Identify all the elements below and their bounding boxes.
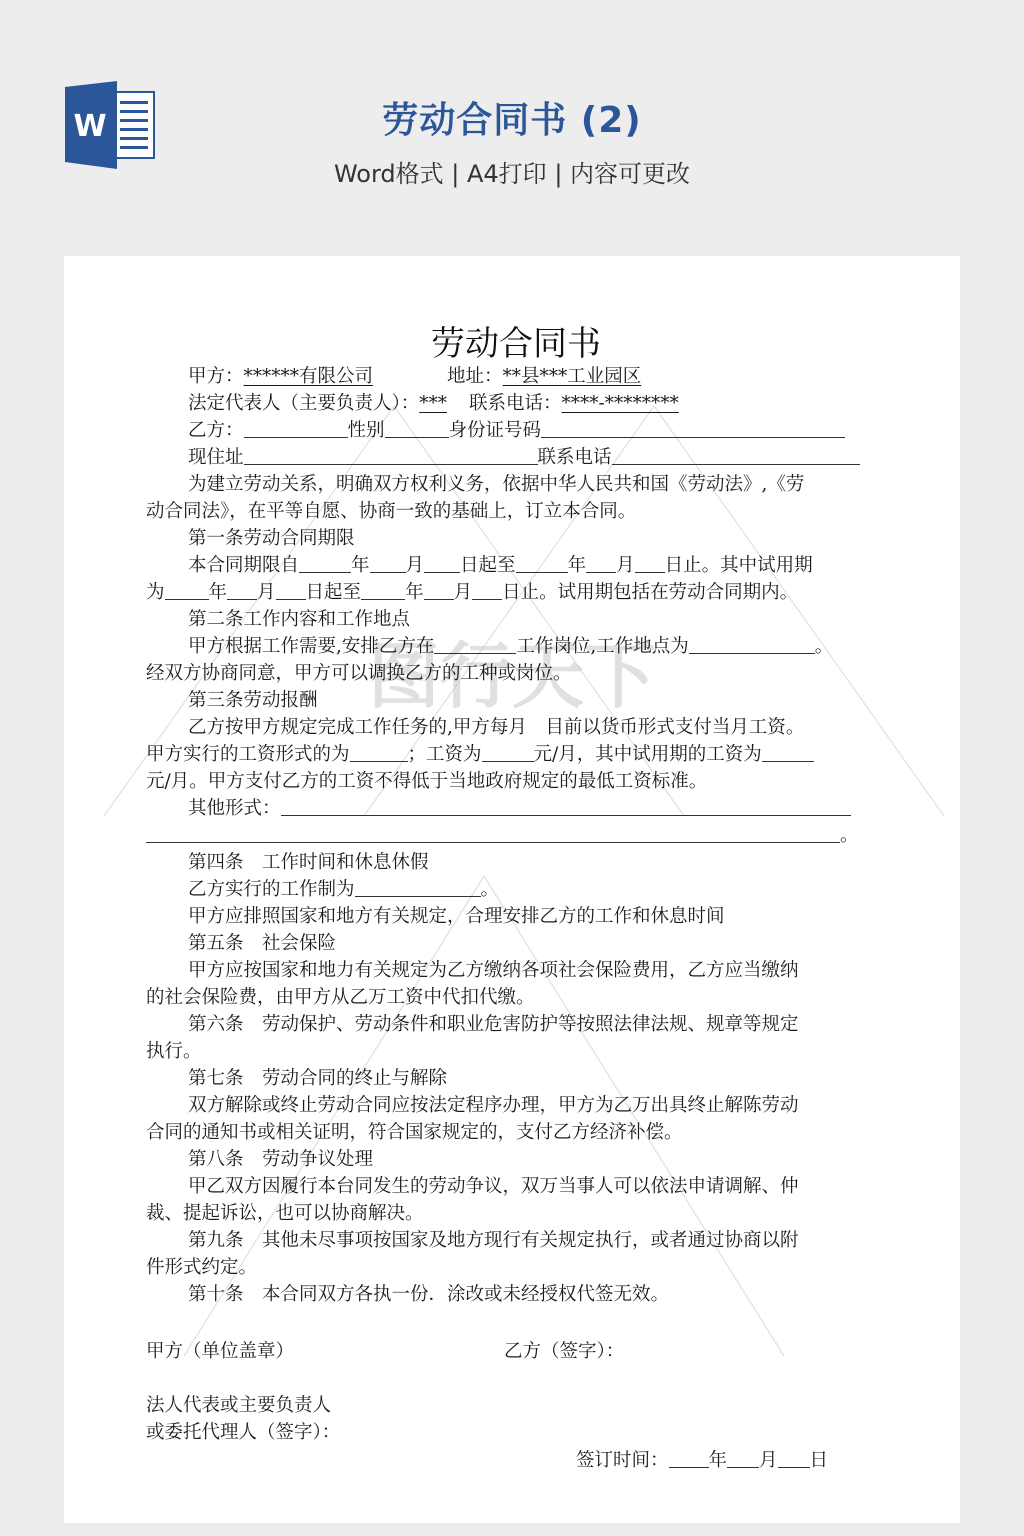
article-3-line: 元/月。甲方支付乙方的工资不得低于当地政府规定的最低工资标准。: [146, 768, 707, 795]
article-7-line: 合同的通知书或相关证明，符合国家规定的，支付乙方经济补偿。: [146, 1119, 683, 1146]
article-4-title: 第四条 工作时间和休息休假: [188, 849, 429, 876]
text: 。: [840, 825, 859, 846]
preamble-line: 为建立劳动关系，明确双方权利义务，依据中华人民共和国《劳动法》,《劳: [188, 471, 804, 498]
phone-value[interactable]: ****-********: [562, 393, 679, 414]
article-1-line: 本合同期限自年月日起至年月日止。其中试用期: [188, 552, 813, 579]
text: 。: [815, 636, 834, 657]
trial-end-month-field[interactable]: [424, 579, 454, 600]
text: 日止。试用期包括在劳动合同期内。: [502, 582, 798, 603]
gender-label: 性别: [348, 420, 385, 441]
position-field[interactable]: [434, 633, 516, 654]
trial-start-year-field[interactable]: [165, 579, 209, 600]
trial-wage-field[interactable]: [762, 741, 814, 762]
text: 为: [146, 582, 165, 603]
article-6-line: 执行。: [146, 1038, 202, 1065]
article-1-title: 第一条劳动合同期限: [188, 525, 355, 552]
sign-date-line: 签订时间：年月日: [576, 1447, 828, 1474]
document-title: 劳动合同书: [146, 316, 886, 365]
article-2-line: 甲方根据工作需要,安排乙方在工作岗位,工作地点为。: [188, 633, 833, 660]
text: 月: [454, 582, 473, 603]
text: 月: [616, 555, 635, 576]
article-8-line: 裁、提起诉讼，也可以协商解决。: [146, 1200, 424, 1227]
end-year-field[interactable]: [516, 552, 568, 573]
article-1-line: 为年月日起至年月日止。试用期包括在劳动合同期内。: [146, 579, 798, 606]
text: 月: [257, 582, 276, 603]
sign-year-field[interactable]: [669, 1447, 709, 1468]
work-location-field[interactable]: [689, 633, 815, 654]
text: 甲方根据工作需要,安排乙方在: [188, 636, 434, 657]
text: 月: [406, 555, 425, 576]
party-a-label: 甲方：: [188, 366, 244, 387]
article-2-line: 经双方协商同意，甲方可以调换乙方的工种或岗位。: [146, 660, 572, 687]
preamble-line: 动合同法》，在平等自愿、协商一致的基础上，订立本合同。: [146, 498, 636, 525]
rep-sign-label: 法人代表或主要负责人: [146, 1392, 331, 1419]
sign-date-label: 签订时间：: [576, 1450, 669, 1471]
rep-sign-label-2: 或委托代理人（签字）：: [146, 1419, 340, 1446]
end-day-field[interactable]: [635, 552, 665, 573]
article-3-title: 第三条劳动报酬: [188, 687, 318, 714]
text: 年: [351, 555, 370, 576]
address-label: 现住址: [188, 447, 244, 468]
text: 乙方实行的工作制为: [188, 879, 355, 900]
start-day-field[interactable]: [424, 552, 460, 573]
trial-start-month-field[interactable]: [227, 579, 257, 600]
page-title: 劳动合同书 (2): [0, 92, 1024, 143]
id-number-field[interactable]: [541, 417, 845, 438]
start-month-field[interactable]: [370, 552, 406, 573]
address-field[interactable]: [244, 444, 538, 465]
party-a-address[interactable]: **县***工业园区: [503, 366, 642, 387]
article-9-line: 第九条 其他未尽事项按国家及地方现行有关规定执行，或者通过协商以附: [188, 1227, 799, 1254]
wage-form-field[interactable]: [350, 741, 408, 762]
text: 年: [405, 582, 424, 603]
party-b-sign-label: 乙方（签字）：: [504, 1338, 624, 1365]
article-7-line: 双方解除或终止劳动合同应按法定程序办理，甲方为乙万出具终止解陈劳动: [188, 1092, 799, 1119]
party-b-phone-label: 联系电话: [538, 447, 612, 468]
article-2-title: 第二条工作内容和工作地点: [188, 606, 410, 633]
trial-start-day-field[interactable]: [276, 579, 306, 600]
text: 年: [209, 582, 228, 603]
article-5-line: 的社会保险费，由甲方从乙万工资中代扣代缴。: [146, 984, 535, 1011]
text: 元/月，其中试用期的工资为: [534, 744, 762, 765]
article-8-line: 甲乙双方因履行本台同发生的劳动争议，双万当事人可以依法申请调解、仲: [188, 1173, 799, 1200]
text: 甲方实行的工资形式的为: [146, 744, 350, 765]
other-form-line: 其他形式：: [188, 795, 851, 822]
party-b-phone-field[interactable]: [612, 444, 860, 465]
header: W 劳动合同书 (2) Word格式 | A4打印 | 内容可更改: [0, 0, 1024, 256]
article-5-line: 甲方应按国家和地力有关规定为乙方缴纳各项社会保险费用，乙方应当缴纳: [188, 957, 799, 984]
document-page: 图行天下 劳动合同书 甲方：******有限公司地址：**县***工业园区 法定…: [64, 256, 960, 1523]
other-form-field[interactable]: [281, 795, 851, 816]
party-a-line: 甲方：******有限公司地址：**县***工业园区: [188, 363, 641, 390]
start-year-field[interactable]: [299, 552, 351, 573]
trial-end-day-field[interactable]: [472, 579, 502, 600]
wage-amount-field[interactable]: [482, 741, 534, 762]
article-5-title: 第五条 社会保险: [188, 930, 336, 957]
text: 月: [759, 1450, 778, 1471]
text: 年: [568, 555, 587, 576]
party-b-line: 乙方：性别身份证号码: [188, 417, 845, 444]
text: 工作岗位,工作地点为: [516, 636, 688, 657]
trial-end-year-field[interactable]: [361, 579, 405, 600]
article-8-title: 第八条 劳动争议处理: [188, 1146, 373, 1173]
article-4-line: 甲方应排照国家和地方有关规定，合理安排乙方的工作和休息时间: [188, 903, 725, 930]
work-system-field[interactable]: [355, 876, 481, 897]
other-form-line-2: 。: [146, 822, 859, 849]
party-b-name-field[interactable]: [244, 417, 348, 438]
party-a-seal-label: 甲方（单位盖章）: [146, 1338, 294, 1365]
text: 本合同期限自: [188, 555, 299, 576]
article-4-line: 乙方实行的工作制为。: [188, 876, 499, 903]
page-subtitle: Word格式 | A4打印 | 内容可更改: [0, 154, 1024, 189]
gender-field[interactable]: [385, 417, 449, 438]
other-form-label: 其他形式：: [188, 798, 281, 819]
party-b-address-line: 现住址联系电话: [188, 444, 860, 471]
article-6-line: 第六条 劳动保护、劳动条件和职业危害防护等按照法律法规、规章等规定: [188, 1011, 799, 1038]
text: 日起至: [306, 582, 362, 603]
article-3-line: 乙方按甲方规定完成工作任务的,甲方每月 目前以货币形式支付当月工资。: [188, 714, 804, 741]
article-7-title: 第七条 劳动合同的终止与解除: [188, 1065, 447, 1092]
rep-value[interactable]: ***: [419, 393, 447, 414]
text: 日起至: [460, 555, 516, 576]
text: 年: [709, 1450, 728, 1471]
party-a-address-label: 地址：: [447, 366, 503, 387]
text: 日止。其中试用期: [665, 555, 813, 576]
text: 。: [481, 879, 500, 900]
end-month-field[interactable]: [586, 552, 616, 573]
id-label: 身份证号码: [449, 420, 542, 441]
text: ；工资为: [408, 744, 482, 765]
article-10-line: 第十条 本合同双方各执一份．涂改或未经授权代签无效。: [188, 1281, 669, 1308]
party-a-name[interactable]: ******有限公司: [244, 366, 374, 387]
article-9-line: 件形式约定。: [146, 1254, 257, 1281]
party-a-rep-line: 法定代表人（主要负责人）：***联系电话：****-********: [188, 390, 679, 417]
phone-label: 联系电话：: [469, 393, 562, 414]
article-3-line: 甲方实行的工资形式的为；工资为元/月，其中试用期的工资为: [146, 741, 814, 768]
party-b-label: 乙方：: [188, 420, 244, 441]
sign-day-field[interactable]: [778, 1447, 810, 1468]
other-form-field-2[interactable]: [146, 822, 840, 843]
rep-label: 法定代表人（主要负责人）：: [188, 393, 419, 414]
sign-month-field[interactable]: [727, 1447, 759, 1468]
text: 日: [810, 1450, 829, 1471]
